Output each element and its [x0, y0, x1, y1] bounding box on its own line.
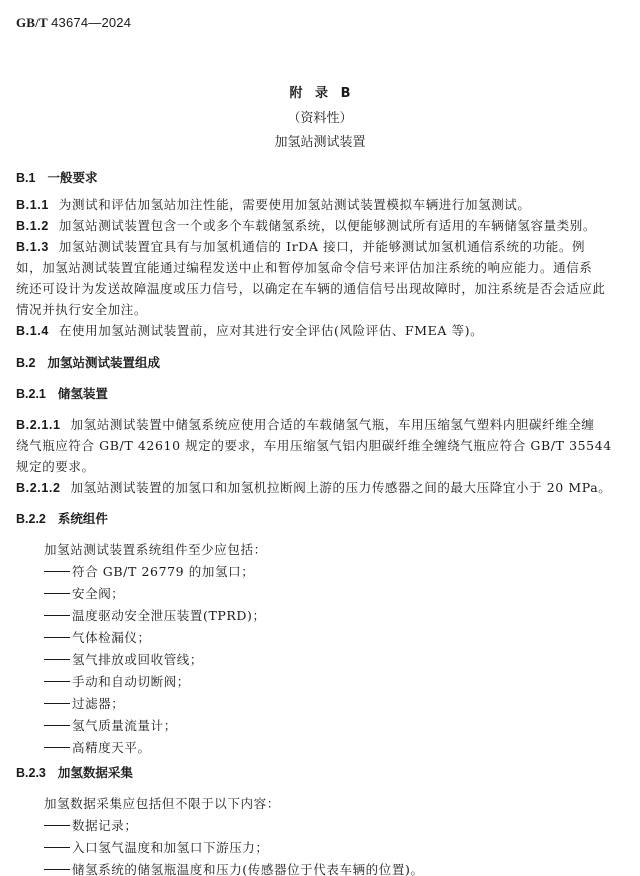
- annex-name: 加氢站测试装置: [0, 131, 640, 150]
- clause-text: 在使用加氢站测试装置前，应对其进行安全评估(风险评估、FMEA 等)。: [59, 323, 483, 338]
- clause-b1-1: B.1.1为测试和评估加氢站加注性能，需要使用加氢站测试装置模拟车辆进行加氢测试…: [16, 195, 626, 215]
- list-item: 气体检漏仪；: [44, 628, 640, 648]
- dash-bullet: [44, 869, 70, 870]
- annex-type: （资料性）: [0, 107, 640, 126]
- document-page: GB/T 43674—2024 附 录 B （资料性） 加氢站测试装置 B.1一…: [0, 0, 640, 876]
- section-heading-b2-1: B.2.1储氢装置: [16, 384, 626, 404]
- clause-number: B.2.2: [16, 509, 46, 529]
- clause-number: B.2.1.2: [16, 478, 61, 498]
- standard-code: 43674—2024: [51, 15, 131, 30]
- list-item: 过滤器；: [44, 694, 640, 714]
- list-item: 手动和自动切断阀；: [44, 672, 640, 692]
- dash-bullet: [44, 725, 70, 726]
- dash-bullet: [44, 659, 70, 660]
- clause-number: B.1.4: [16, 321, 49, 341]
- clause-number: B.2.1: [16, 384, 46, 404]
- clause-b2-1-2: B.2.1.2加氢站测试装置的加氢口和加氢机拉断阀上游的压力传感器之间的最大压降…: [16, 478, 626, 498]
- clause-b1-3-line3: 统还可设计为发送故障温度或压力信号，以确定在车辆的通信信号出现故障时，加注系统是…: [16, 279, 626, 299]
- list-item: 安全阀；: [44, 584, 640, 604]
- list-item: 氢气排放或回收管线；: [44, 650, 640, 670]
- clause-number: B.1.1: [16, 195, 49, 215]
- b2-2-intro: 加氢站测试装置系统组件至少应包括：: [44, 540, 640, 560]
- clause-b1-3-line4: 情况并执行安全加注。: [16, 300, 626, 320]
- list-item: 数据记录；: [44, 816, 640, 836]
- clause-b2-1-1-line3: 规定的要求。: [16, 457, 626, 477]
- list-item: 温度驱动安全泄压装置(TPRD)；: [44, 606, 640, 626]
- dash-bullet: [44, 825, 70, 826]
- dash-bullet: [44, 703, 70, 704]
- section-title: 系统组件: [58, 511, 108, 526]
- section-title: 加氢站测试装置组成: [47, 355, 160, 370]
- clause-number: B.2.3: [16, 763, 46, 783]
- clause-text: 加氢站测试装置中储氢系统应使用合适的车载储氢气瓶，车用压缩氢气塑料内胆碳纤维全缠: [71, 417, 595, 432]
- clause-text: 加氢站测试装置宜具有与加氢机通信的 IrDA 接口，并能够测试加氢机通信系统的功…: [59, 239, 585, 254]
- dash-bullet: [44, 637, 70, 638]
- annex-title: 附 录 B: [0, 82, 640, 101]
- clause-text: 为测试和评估加氢站加注性能，需要使用加氢站测试装置模拟车辆进行加氢测试。: [59, 197, 531, 212]
- standard-prefix: GB/T: [16, 15, 48, 30]
- dash-bullet: [44, 847, 70, 848]
- clause-text: 加氢站测试装置的加氢口和加氢机拉断阀上游的压力传感器之间的最大压降宜小于 20 …: [71, 480, 612, 495]
- clause-b2-1-1: B.2.1.1加氢站测试装置中储氢系统应使用合适的车载储氢气瓶，车用压缩氢气塑料…: [16, 415, 626, 435]
- clause-b1-4: B.1.4在使用加氢站测试装置前，应对其进行安全评估(风险评估、FMEA 等)。: [16, 321, 626, 341]
- dash-bullet: [44, 615, 70, 616]
- clause-b1-3: B.1.3加氢站测试装置宜具有与加氢机通信的 IrDA 接口，并能够测试加氢机通…: [16, 237, 626, 257]
- dash-bullet: [44, 571, 70, 572]
- clause-b1-3-line2: 如，加氢站测试装置宜能通过编程发送中止和暂停加氢命令信号来评估加注系统的响应能力…: [16, 258, 626, 278]
- section-title: 一般要求: [47, 170, 97, 185]
- clause-number: B.1.3: [16, 237, 49, 257]
- section-title: 储氢装置: [58, 386, 108, 401]
- dash-bullet: [44, 593, 70, 594]
- clause-b2-1-1-line2: 绕气瓶应符合 GB/T 42610 规定的要求，车用压缩氢气铝内胆碳纤维全缠绕气…: [16, 436, 626, 456]
- clause-b1-2: B.1.2加氢站测试装置包含一个或多个车载储氢系统，以便能够测试所有适用的车辆储…: [16, 216, 626, 236]
- section-heading-b2: B.2加氢站测试装置组成: [16, 353, 626, 373]
- list-item: 符合 GB/T 26779 的加氢口；: [44, 562, 640, 582]
- section-heading-b2-2: B.2.2系统组件: [16, 509, 626, 529]
- dash-bullet: [44, 747, 70, 748]
- list-item: 入口氢气温度和加氢口下游压力；: [44, 838, 640, 858]
- list-item: 高精度天平。: [44, 738, 640, 758]
- dash-bullet: [44, 681, 70, 682]
- standard-number: GB/T 43674—2024: [16, 15, 131, 31]
- clause-number: B.2: [16, 353, 35, 373]
- list-item: 氢气质量流量计；: [44, 716, 640, 736]
- section-heading-b2-3: B.2.3加氢数据采集: [16, 763, 626, 783]
- clause-number: B.1.2: [16, 216, 49, 236]
- b2-3-intro: 加氢数据采集应包括但不限于以下内容：: [44, 794, 640, 814]
- clause-number: B.2.1.1: [16, 415, 61, 435]
- section-title: 加氢数据采集: [58, 765, 133, 780]
- clause-number: B.1: [16, 168, 35, 188]
- list-item: 储氢系统的储氢瓶温度和压力(传感器位于代表车辆的位置)。: [44, 860, 640, 876]
- section-heading-b1: B.1一般要求: [16, 168, 626, 188]
- clause-text: 加氢站测试装置包含一个或多个车载储氢系统，以便能够测试所有适用的车辆储氢容量类别…: [59, 218, 596, 233]
